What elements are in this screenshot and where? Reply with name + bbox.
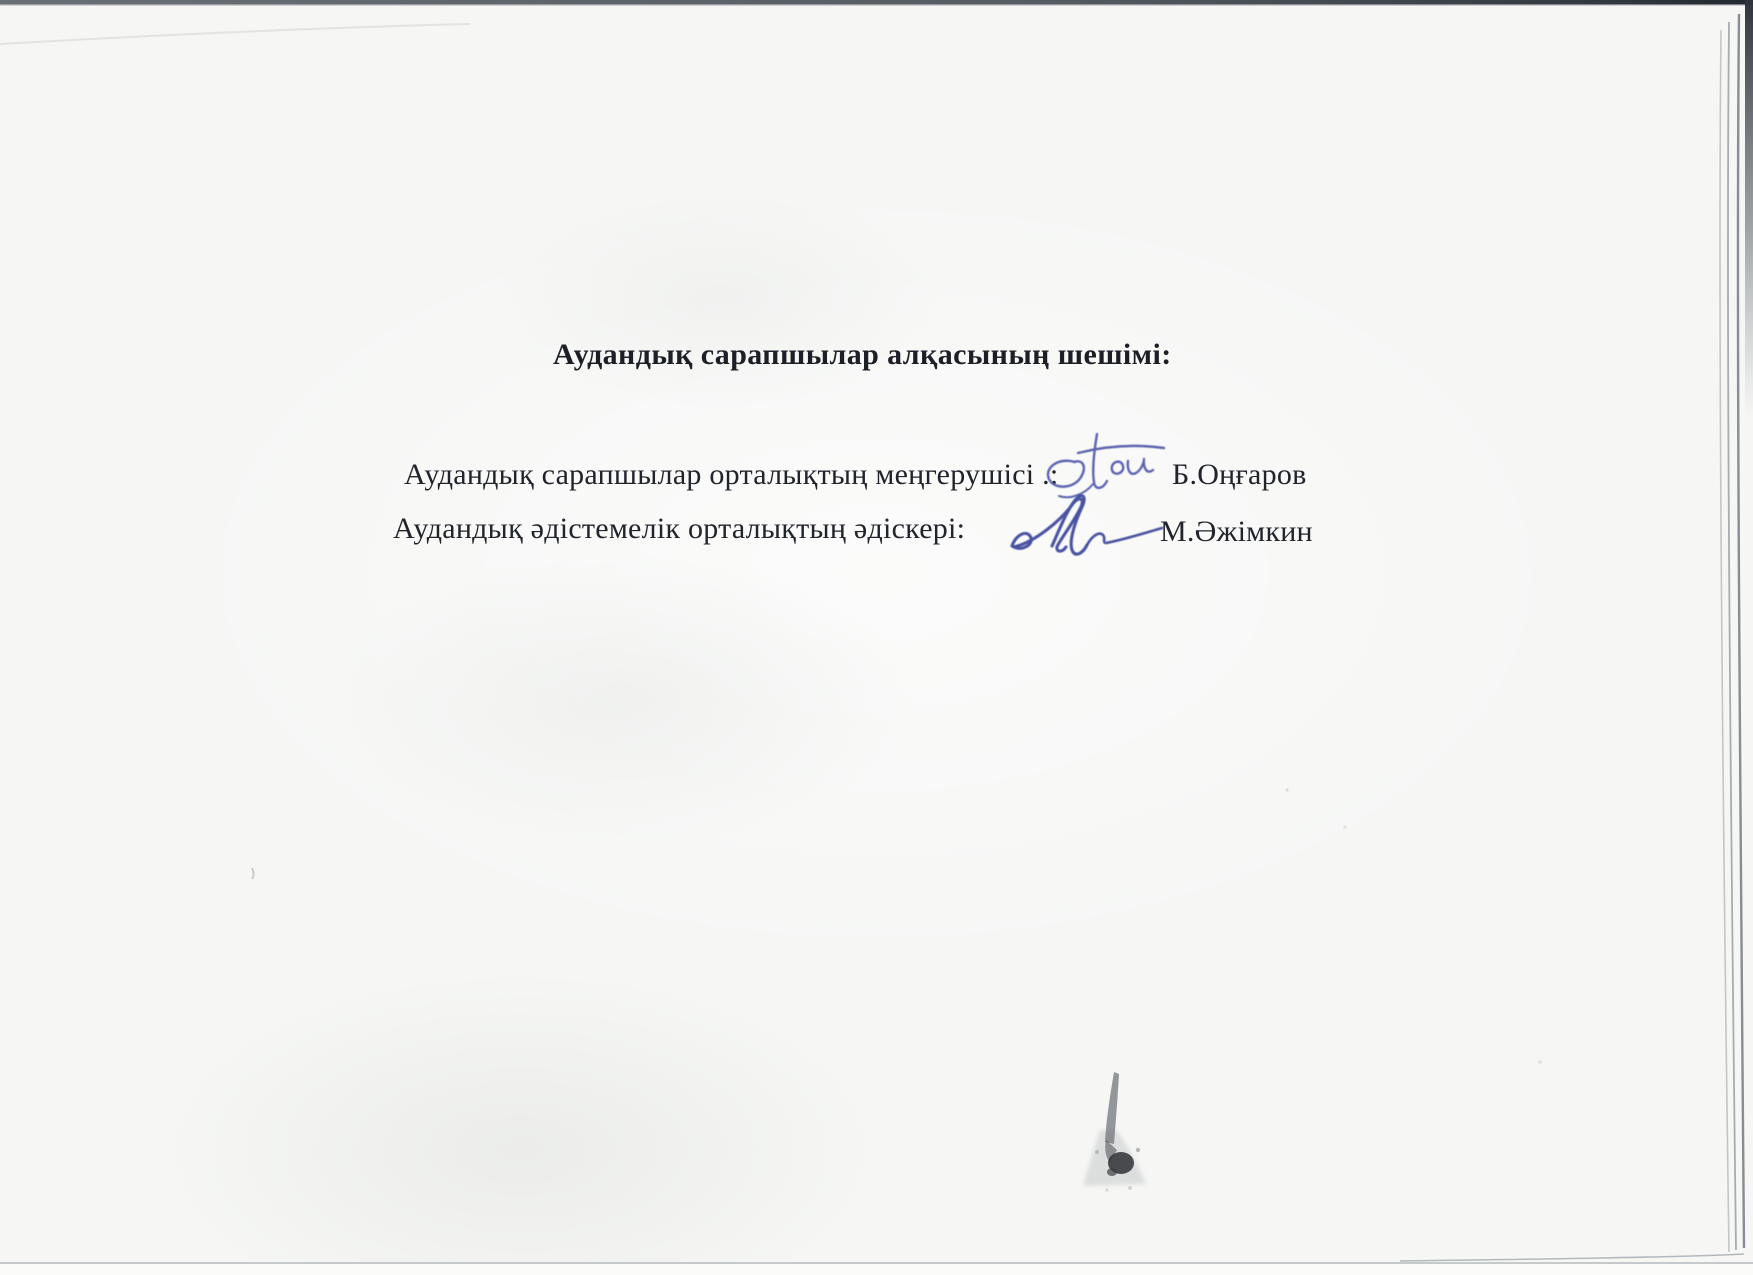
signature-line-2-signatory: М.Әжімкин xyxy=(1160,515,1313,549)
scan-edge-top xyxy=(0,0,1753,6)
signature-line-2-label: Аудандық әдістемелік орталықтың әдіскері… xyxy=(393,512,965,546)
scanned-document-page: Аудандық сарапшылар алқасының шешімі: Ау… xyxy=(0,0,1753,1275)
signature-azhimkin xyxy=(1012,496,1162,555)
paper-specks xyxy=(252,788,1542,1064)
document-title: Аудандық сарапшылар алқасының шешімі: xyxy=(553,338,1172,372)
signature-line-1-label: Аудандық сарапшылар орталықтың меңгеруші… xyxy=(404,458,1058,492)
signature-line-1-signatory: Б.Оңғаров xyxy=(1172,458,1306,492)
scan-edge-bottom xyxy=(0,1254,1753,1275)
paper-crease xyxy=(0,24,470,44)
scan-edge-right xyxy=(1720,0,1753,1252)
signature-ongarov xyxy=(1048,434,1164,497)
scan-artifact-layer xyxy=(0,0,1753,1275)
ink-smudge xyxy=(1083,1072,1146,1192)
